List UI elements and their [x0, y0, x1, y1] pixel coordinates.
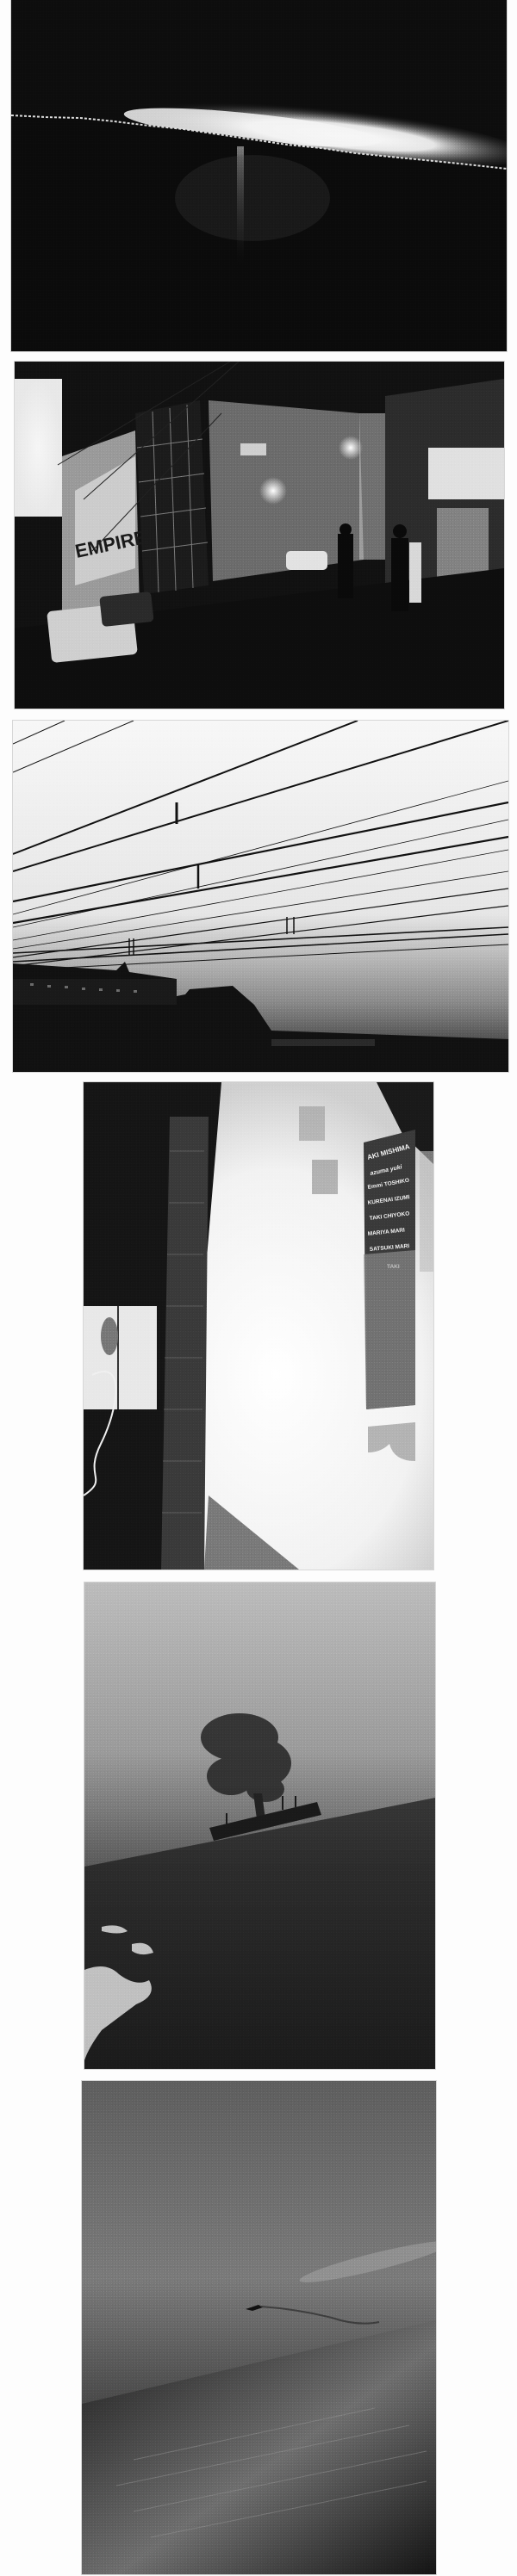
aircraft-over-sea-image	[82, 2081, 436, 2574]
photo-overhead-wires	[13, 721, 508, 1072]
storefront-sign-image: AKI MISHIMA azuma yuki Emmi TOSHIKO KURE…	[84, 1082, 433, 1570]
overhead-wires-image	[13, 721, 508, 1072]
photo-night-street: EMPIRE	[15, 362, 504, 709]
photo-ship-smoke	[84, 1582, 435, 2069]
ship-smoke-image	[84, 1582, 435, 2069]
night-shoreline-image	[11, 0, 507, 351]
photo-storefront-sign: AKI MISHIMA azuma yuki Emmi TOSHIKO KURE…	[84, 1082, 433, 1570]
photo-aircraft-over-sea	[82, 2081, 436, 2574]
photo-night-shoreline	[11, 0, 507, 351]
sign-line-8: TAKI	[387, 1264, 400, 1270]
night-street-image: EMPIRE	[15, 362, 504, 709]
